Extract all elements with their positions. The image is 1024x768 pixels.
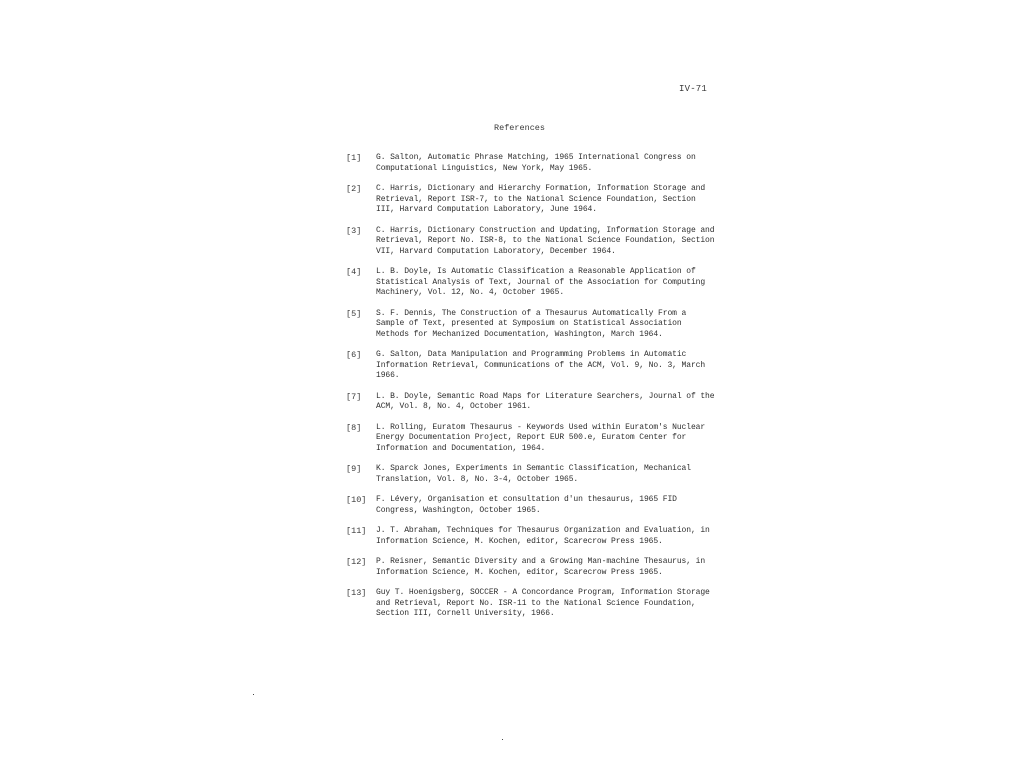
reference-number: [7]	[346, 392, 376, 413]
reference-item: [1]G. Salton, Automatic Phrase Matching,…	[346, 153, 716, 174]
reference-item: [12]P. Reisner, Semantic Diversity and a…	[346, 557, 716, 578]
reference-text: L. Rolling, Euratom Thesaurus - Keywords…	[376, 423, 716, 455]
reference-number: [8]	[346, 423, 376, 455]
reference-number: [5]	[346, 309, 376, 341]
reference-item: [3]C. Harris, Dictionary Construction an…	[346, 226, 716, 258]
reference-text: J. T. Abraham, Techniques for Thesaurus …	[376, 526, 716, 547]
reference-text: L. B. Doyle, Is Automatic Classification…	[376, 267, 716, 299]
reference-number: [6]	[346, 350, 376, 382]
reference-item: [9]K. Sparck Jones, Experiments in Seman…	[346, 464, 716, 485]
scan-speck	[502, 739, 503, 740]
reference-number: [2]	[346, 184, 376, 216]
page-heading: References	[494, 123, 545, 133]
reference-number: [3]	[346, 226, 376, 258]
reference-item: [2]C. Harris, Dictionary and Hierarchy F…	[346, 184, 716, 216]
reference-text: F. Lévery, Organisation et consultation …	[376, 495, 716, 516]
reference-number: [13]	[346, 588, 376, 620]
reference-item: [7]L. B. Doyle, Semantic Road Maps for L…	[346, 392, 716, 413]
reference-text: C. Harris, Dictionary and Hierarchy Form…	[376, 184, 716, 216]
reference-list: [1]G. Salton, Automatic Phrase Matching,…	[346, 153, 716, 630]
reference-text: C. Harris, Dictionary Construction and U…	[376, 226, 716, 258]
reference-item: [10]F. Lévery, Organisation et consultat…	[346, 495, 716, 516]
reference-number: [11]	[346, 526, 376, 547]
reference-text: G. Salton, Automatic Phrase Matching, 19…	[376, 153, 716, 174]
page-number: IV-71	[679, 84, 707, 94]
reference-text: S. F. Dennis, The Construction of a Thes…	[376, 309, 716, 341]
reference-item: [5]S. F. Dennis, The Construction of a T…	[346, 309, 716, 341]
reference-item: [6]G. Salton, Data Manipulation and Prog…	[346, 350, 716, 382]
reference-text: K. Sparck Jones, Experiments in Semantic…	[376, 464, 716, 485]
reference-text: P. Reisner, Semantic Diversity and a Gro…	[376, 557, 716, 578]
reference-item: [8]L. Rolling, Euratom Thesaurus - Keywo…	[346, 423, 716, 455]
reference-text: Guy T. Hoenigsberg, SOCCER - A Concordan…	[376, 588, 716, 620]
reference-text: L. B. Doyle, Semantic Road Maps for Lite…	[376, 392, 716, 413]
reference-number: [1]	[346, 153, 376, 174]
reference-number: [10]	[346, 495, 376, 516]
scan-speck	[253, 694, 254, 695]
reference-item: [4]L. B. Doyle, Is Automatic Classificat…	[346, 267, 716, 299]
reference-item: [11]J. T. Abraham, Techniques for Thesau…	[346, 526, 716, 547]
reference-number: [4]	[346, 267, 376, 299]
reference-number: [12]	[346, 557, 376, 578]
reference-text: G. Salton, Data Manipulation and Program…	[376, 350, 716, 382]
reference-item: [13]Guy T. Hoenigsberg, SOCCER - A Conco…	[346, 588, 716, 620]
reference-number: [9]	[346, 464, 376, 485]
